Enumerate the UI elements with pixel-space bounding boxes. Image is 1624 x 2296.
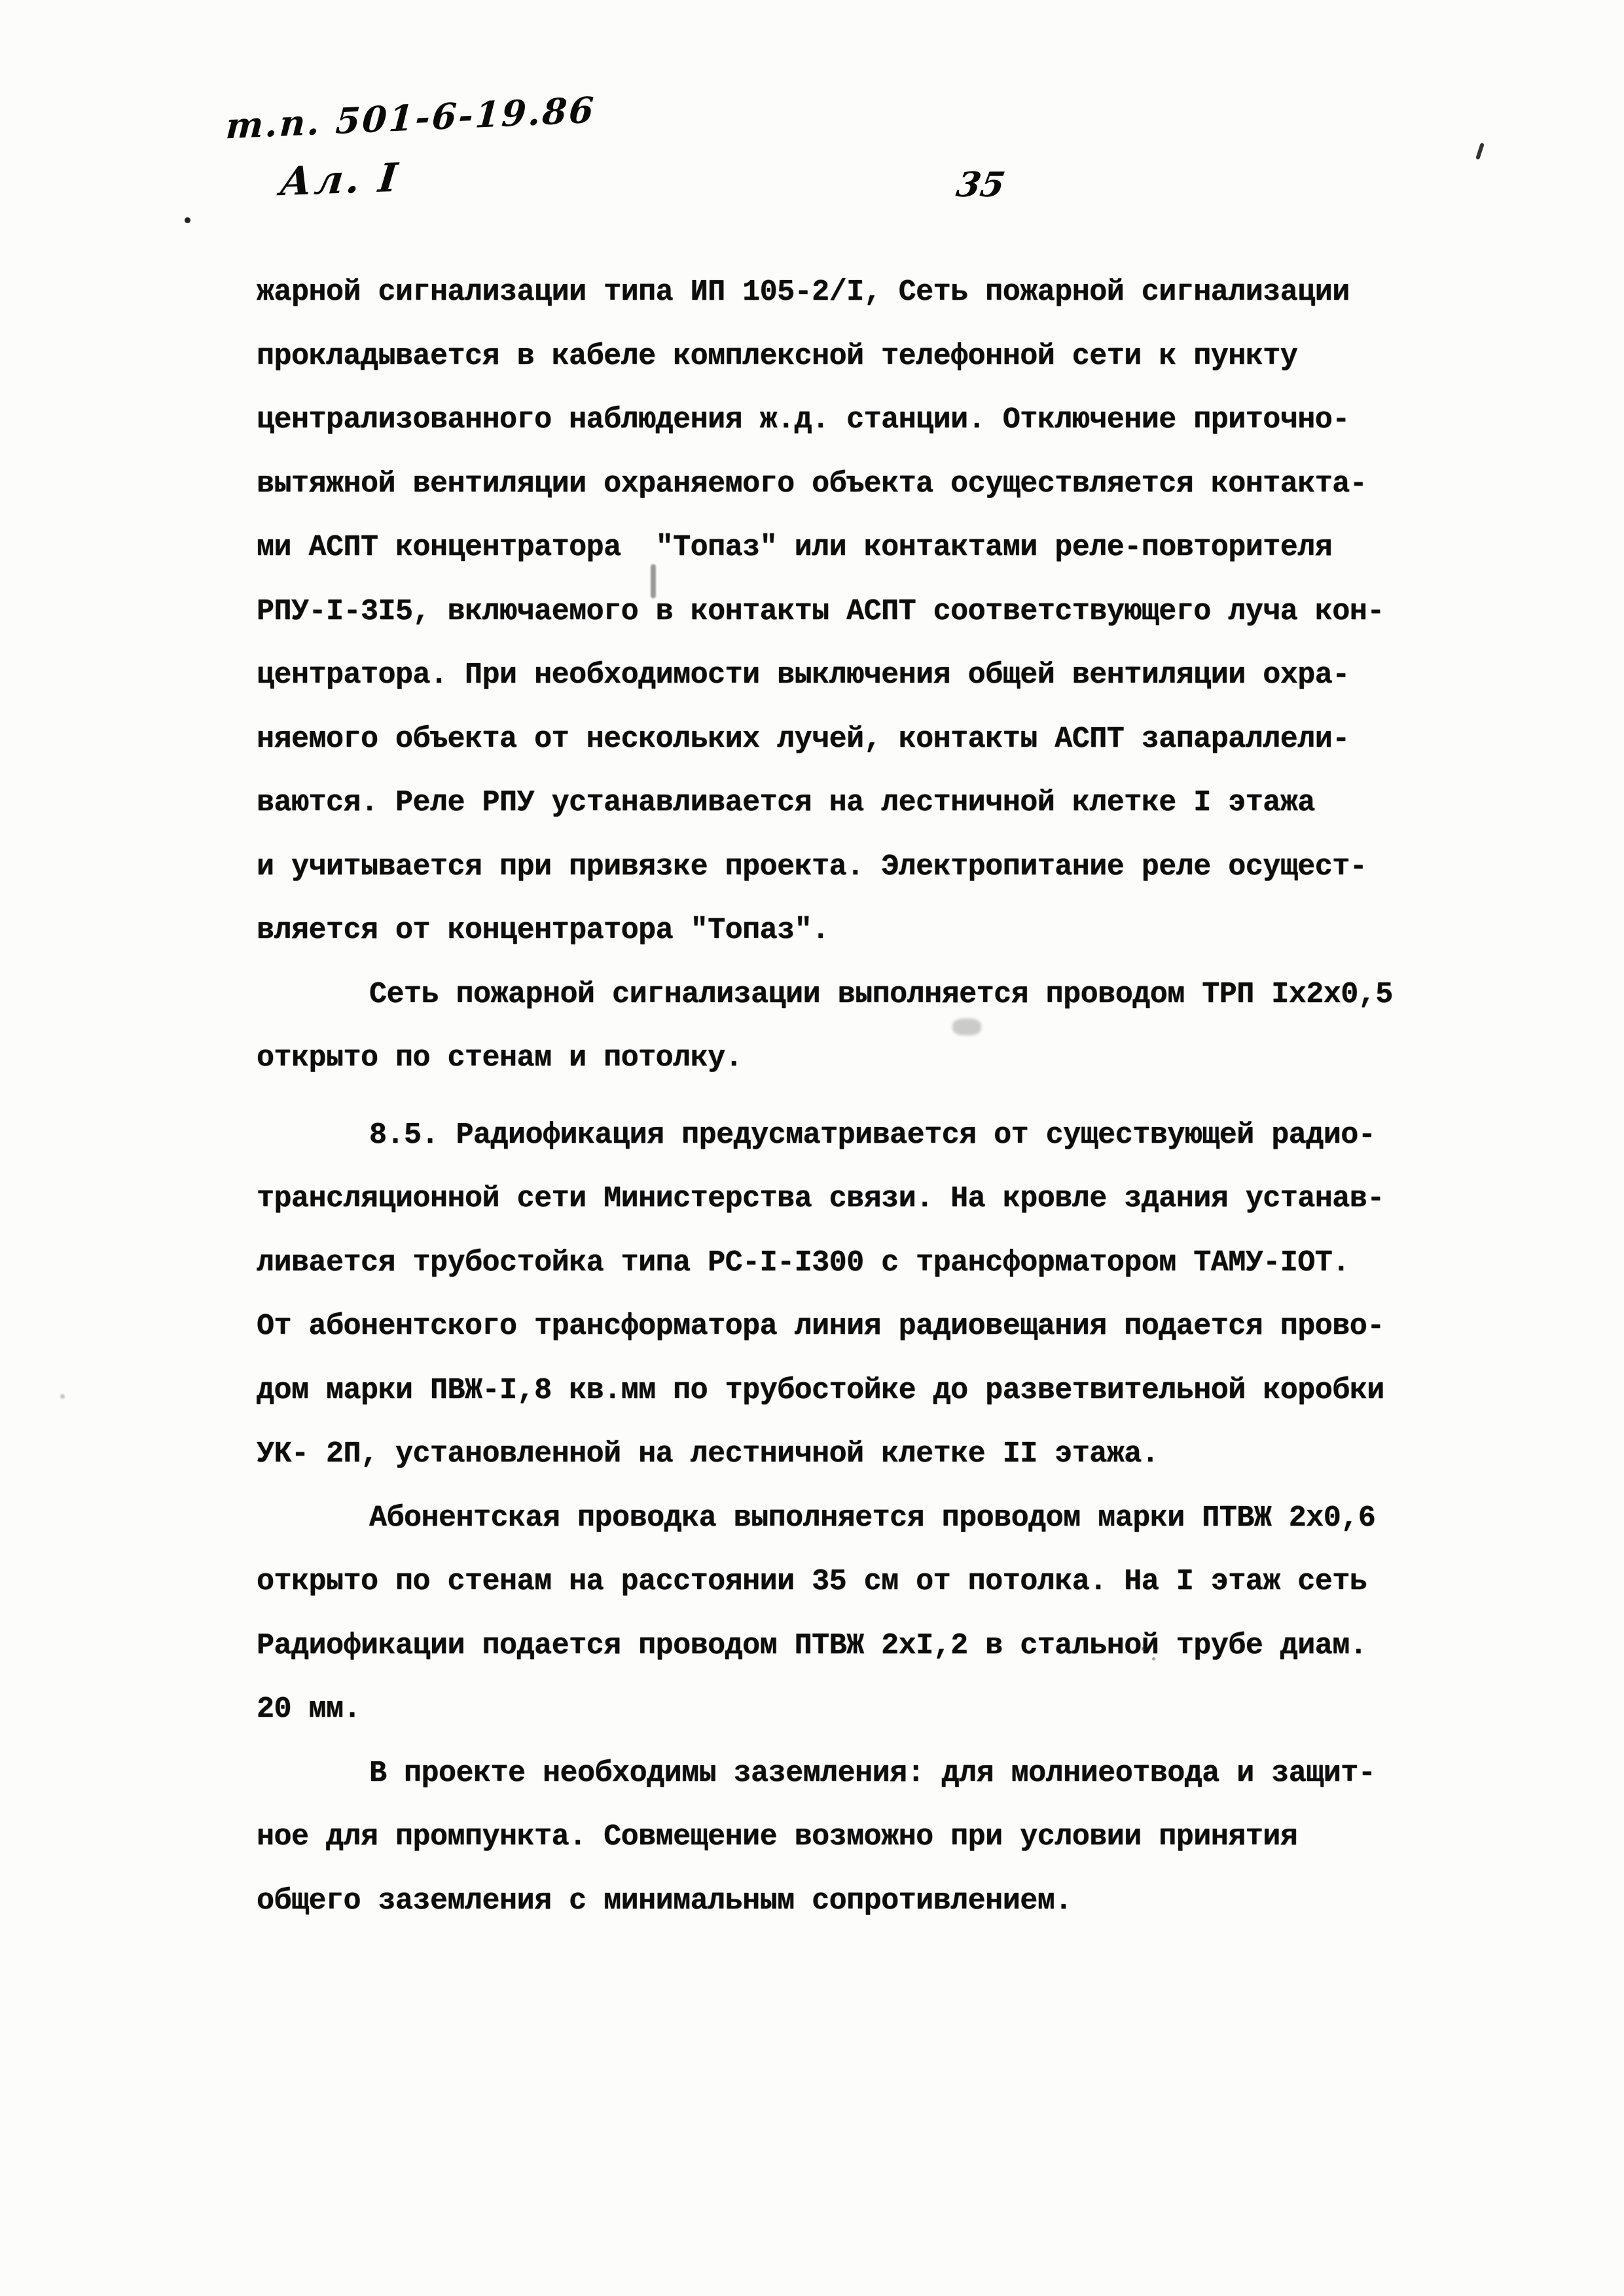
text-line: РПУ-I-3I5, включаемого в контакты АСПТ с… (257, 580, 1435, 644)
text-line: общего заземления с минимальным сопротив… (257, 1869, 1435, 1933)
ink-speck (1152, 1657, 1155, 1660)
text-line: УК- 2П, установленной на лестничной клет… (257, 1422, 1435, 1486)
text-line: жарной сигнализации типа ИП 105-2/I, Сет… (257, 260, 1435, 325)
text-line: ваются. Реле РПУ устанавливается на лест… (257, 771, 1435, 835)
ink-smudge (651, 564, 656, 598)
text-line: и учитывается при привязке проекта. Элек… (257, 835, 1435, 899)
text-line: дом марки ПВЖ-I,8 кв.мм по трубостойке д… (257, 1359, 1435, 1423)
text-line: открыто по стенам на расстоянии 35 см от… (257, 1550, 1435, 1614)
text-line: Сеть пожарной сигнализации выполняется п… (257, 963, 1435, 1027)
text-line: 20 мм. (257, 1677, 1435, 1742)
text-line: вляется от концентратора "Топаз". (257, 899, 1435, 963)
text-line: открыто по стенам и потолку. (257, 1026, 1435, 1090)
text-line: централизованного наблюдения ж.д. станци… (257, 388, 1435, 452)
page-number: 35 (954, 165, 1008, 205)
document-body: жарной сигнализации типа ИП 105-2/I, Сет… (257, 260, 1435, 1933)
text-line: ное для промпункта. Совмещение возможно … (257, 1805, 1435, 1869)
text-line: В проекте необходимы заземления: для мол… (257, 1742, 1435, 1806)
text-line: прокладывается в кабеле комплексной теле… (257, 325, 1435, 389)
ink-speck (1142, 1647, 1146, 1651)
scanned-document-page: т.п. 501-6-19.86 Ал. I 35 жарной сигнали… (0, 0, 1624, 2296)
text-line: Абонентская проводка выполняется проводо… (257, 1486, 1435, 1551)
text-line: ми АСПТ концентратора "Топаз" или контак… (257, 516, 1435, 580)
text-line-section-8-5: 8.5. Радиофикация предусматривается от с… (257, 1103, 1435, 1168)
ink-speck (1475, 143, 1485, 160)
album-mark: Ал. I (278, 155, 402, 206)
ink-speck (185, 217, 190, 223)
text-line: центратора. При необходимости выключения… (257, 643, 1435, 708)
text-line: Радиофикации подается проводом ПТВЖ 2хI,… (257, 1614, 1435, 1678)
text-line: От абонентского трансформатора линия рад… (257, 1295, 1435, 1359)
ink-smudge (952, 1018, 981, 1035)
text-line: трансляционной сети Министерства связи. … (257, 1167, 1435, 1231)
text-line: ливается трубостойка типа РС-I-I300 с тр… (257, 1231, 1435, 1295)
text-line: няемого объекта от нескольких лучей, кон… (257, 708, 1435, 772)
ink-speck (60, 1394, 65, 1399)
text-line: вытяжной вентиляции охраняемого объекта … (257, 452, 1435, 516)
document-number: т.п. 501-6-19.86 (225, 89, 596, 147)
